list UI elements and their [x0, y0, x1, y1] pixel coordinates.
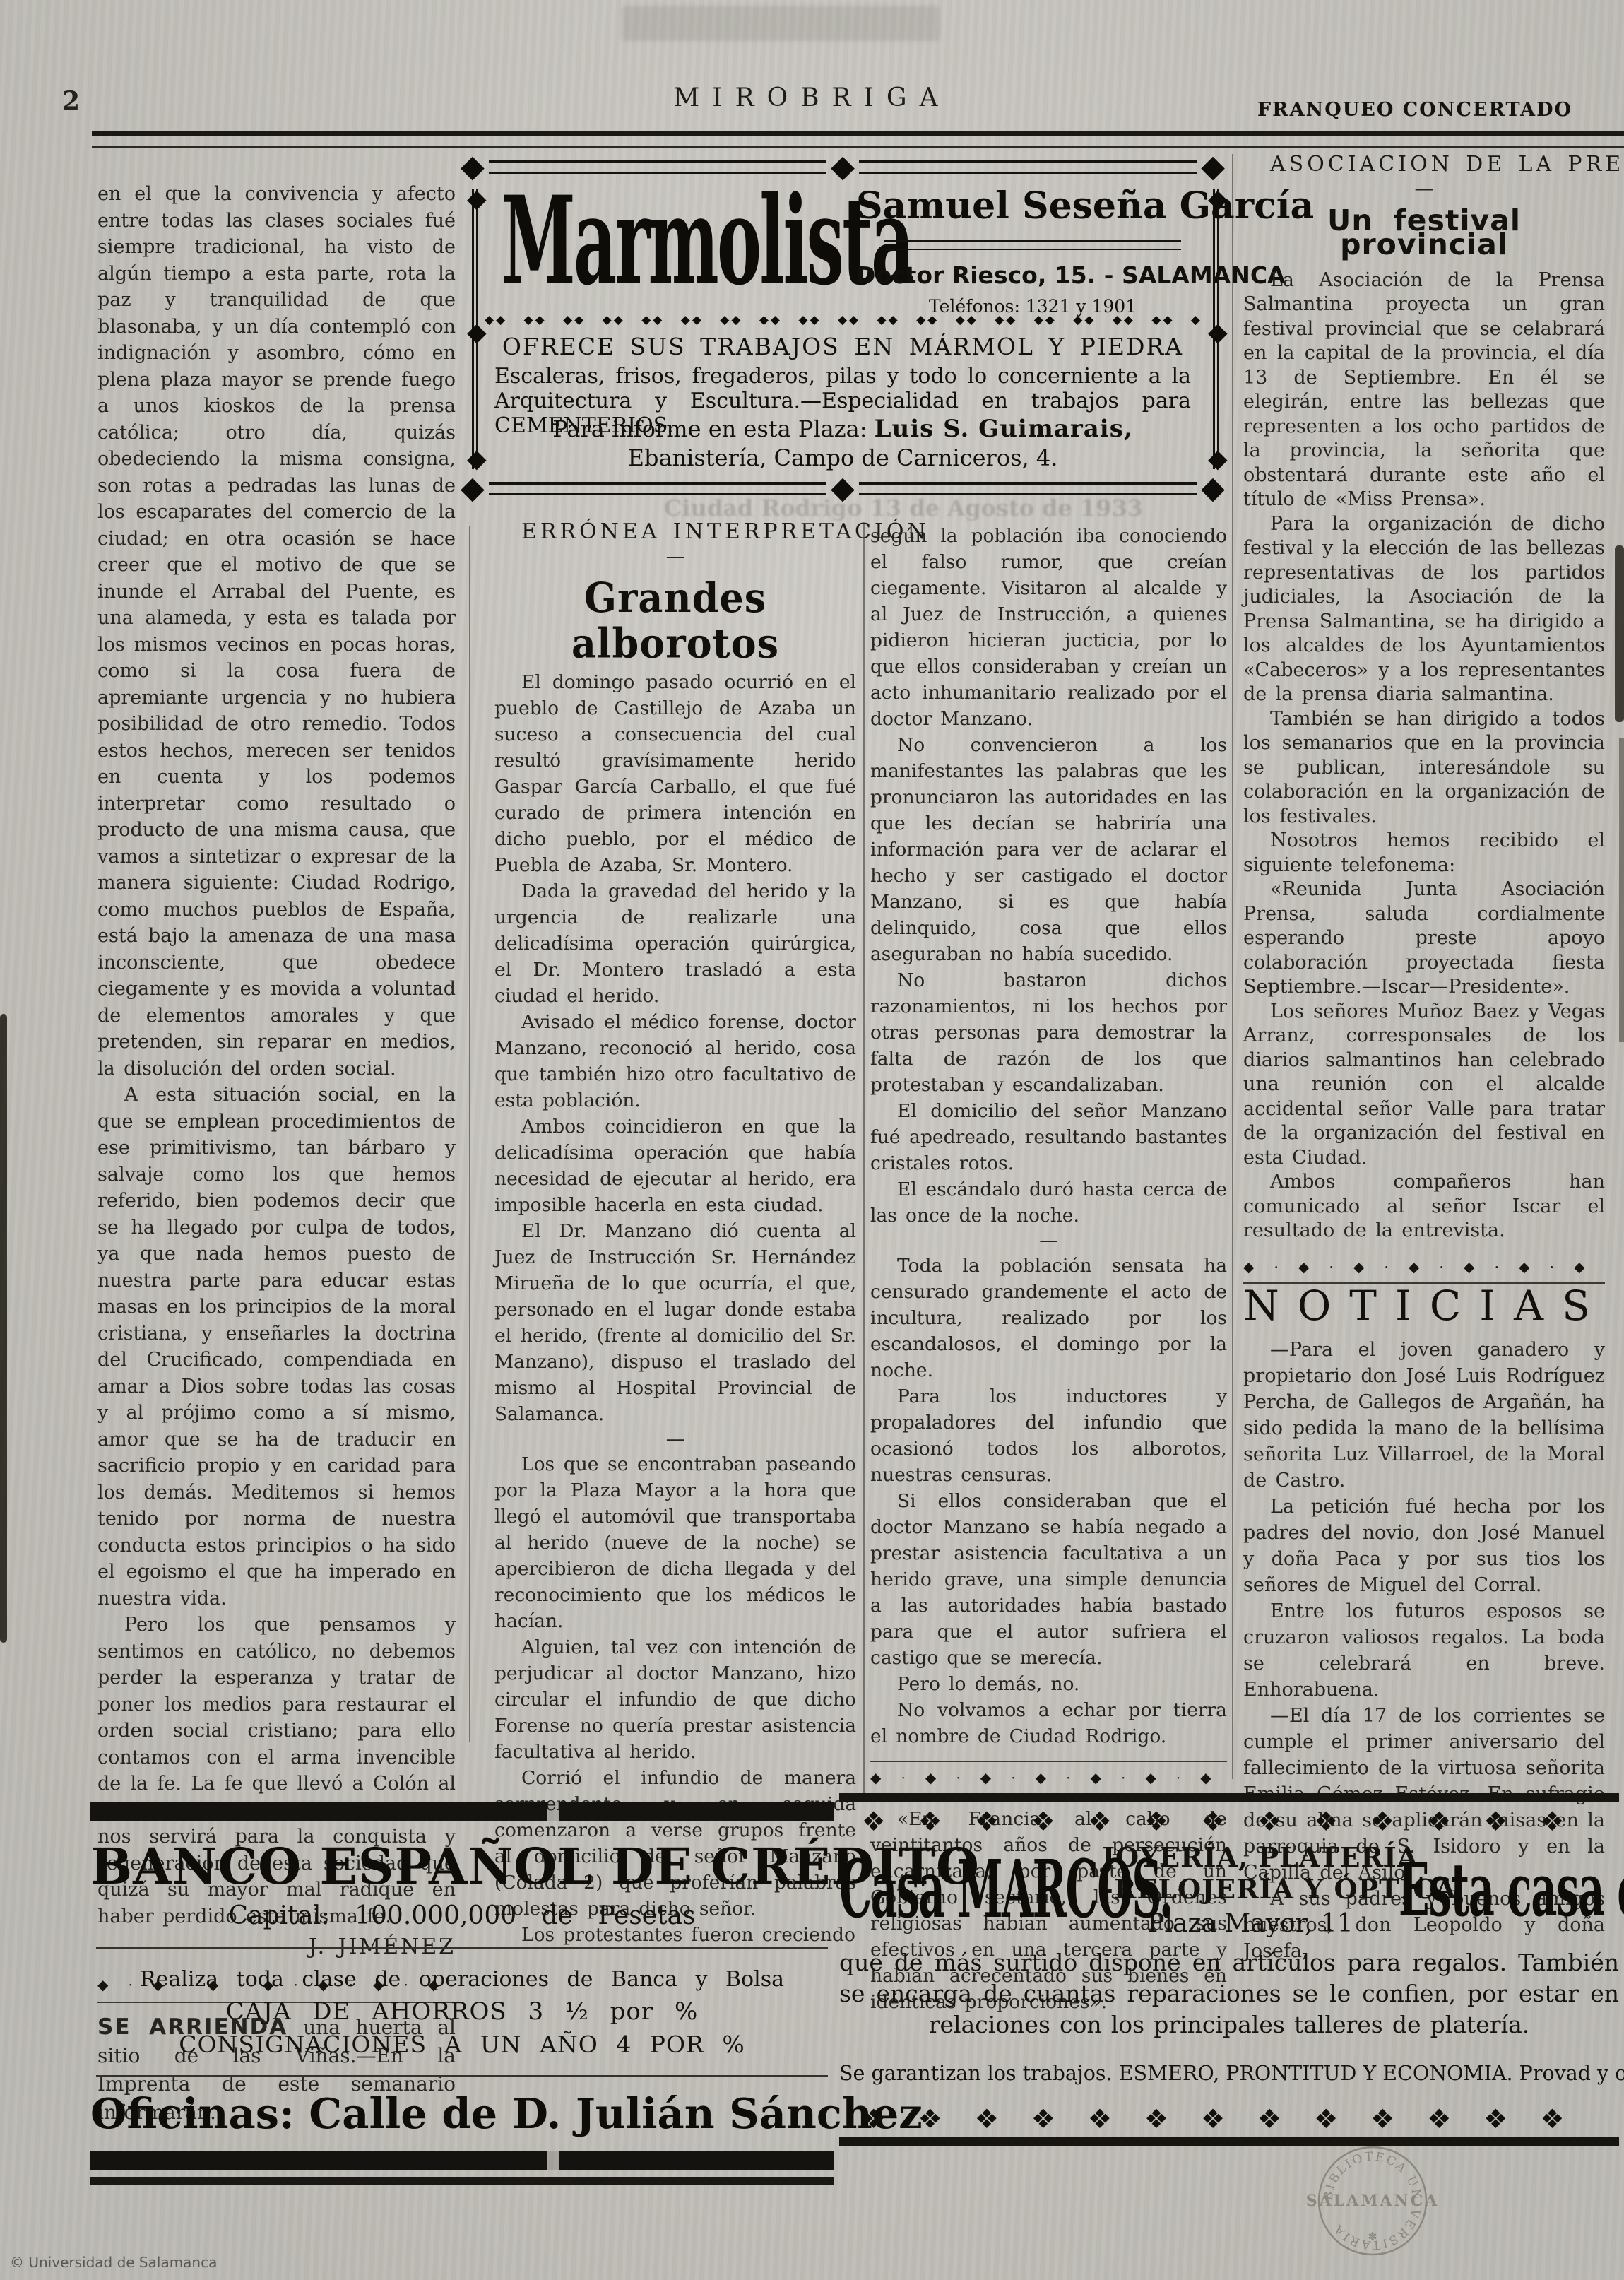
ad-border-bar	[839, 2137, 1619, 2146]
paragraph: en el que la convivencia y afecto entre …	[97, 181, 456, 1082]
bank-offices-line: Oficinas: Calle de D. Julián Sánchez	[90, 2089, 834, 2138]
dash-separator: —	[494, 545, 856, 569]
advertiser-address: Doctor Riesco, 15. - SALAMANCA	[856, 261, 1209, 289]
column-rule	[469, 526, 470, 1742]
article-headline: Grandes alborotos	[494, 574, 856, 666]
paragraph: La petición fué hecha por los padres del…	[1243, 1494, 1605, 1598]
paragraph: La Asociación de la Prensa Salmantina pr…	[1243, 268, 1605, 512]
scan-edge-mark	[1615, 545, 1624, 722]
casa-marcos-ad: ❖❖❖❖❖❖❖❖❖❖❖❖❖ Casa MARCOS. JOYERÍA, PLAT…	[839, 1793, 1619, 2146]
paragraph: A esta situación social, en la que se em…	[97, 1082, 456, 1612]
article-kicker: ASOCIACION DE LA PRENSA	[1243, 153, 1605, 177]
ad-border-right: ◆ ◆ ◆	[1213, 189, 1219, 469]
diamond-icon: ◆	[467, 184, 487, 213]
column-rule	[863, 524, 865, 1796]
ad-main-row: Casa MARCOS. JOYERÍA, PLATERÍA -RELOJERÍ…	[839, 1847, 1619, 1932]
bank-savings-line: CAJA DE AHORROS 3 ½ por %	[90, 1997, 834, 2026]
paragraph: No bastaron dichos razonamientos, ni los…	[870, 967, 1227, 1098]
newspaper-page: 2 MIROBRIGA FRANQUEO CONCERTADO Ciudad R…	[0, 0, 1624, 2280]
paragraph: según la población iba conociendo el fal…	[870, 523, 1227, 732]
paragraph: Pero lo demás, no.	[870, 1671, 1227, 1697]
article-headline: Un festival provincial	[1243, 208, 1605, 257]
ad-info-prefix: Para informe en esta Plaza:	[552, 415, 874, 442]
ad-contact-block: Samuel Seseña García Doctor Riesco, 15. …	[856, 184, 1209, 317]
ad-rule	[884, 240, 1181, 250]
copyright-note: © Universidad de Salamanca	[10, 2254, 217, 2271]
paragraph: Alguien, tal vez con intención de perjud…	[494, 1634, 856, 1765]
banco-ad: BANCO ESPAÑOL DE CRÉDITO Capital: 100.00…	[90, 1802, 834, 2185]
ad-border-bar	[839, 1793, 1619, 1802]
ornament-divider: ◆ · ◆ · ◆ · ◆ · ◆ · ◆ · ◆ · ◆ · ◆ · ◆ · …	[870, 1761, 1227, 1796]
diamond-icon: ◆	[1201, 478, 1225, 499]
ad-border-bar	[90, 2151, 834, 2170]
diamond-icon: ◆	[1208, 444, 1228, 473]
paragraph: Dada la gravedad del herido y la urgenci…	[494, 878, 856, 1009]
showthrough-smudge	[622, 6, 940, 41]
ad-border-bar	[90, 1802, 834, 1821]
ad-border-bottom: ◆ ◆ ◆	[461, 478, 1225, 499]
paragraph: El domingo pasado ocurrió en el pueblo d…	[494, 669, 856, 878]
paragraph: Los señores Muñoz Baez y Vegas Arranz, c…	[1243, 1000, 1605, 1171]
franqueo-label: FRANQUEO CONCERTADO	[1257, 99, 1572, 121]
paragraph: También se han dirigido a todos los sema…	[1243, 707, 1605, 829]
paragraph: Entre los futuros esposos se cruzaron va…	[1243, 1598, 1605, 1703]
bank-name: BANCO ESPAÑOL DE CRÉDITO	[90, 1837, 834, 1896]
noticias-headline: NOTICIAS	[1243, 1294, 1605, 1318]
scan-edge-mark	[1619, 738, 1624, 1042]
article-kicker: ERRÓNEA INTERPRETACIÓN	[494, 519, 856, 545]
article-alborotos-column: ERRÓNEA INTERPRETACIÓN — Grandes alborot…	[494, 519, 856, 1948]
paragraph: —Para el joven ganadero y propietario do…	[1243, 1337, 1605, 1494]
paragraph: El escándalo duró hasta cerca de las onc…	[870, 1176, 1227, 1229]
scan-edge-mark	[0, 1014, 7, 1643]
paragraph: Si ellos consideraban que el doctor Manz…	[870, 1488, 1227, 1671]
article-body: La Asociación de la Prensa Salmantina pr…	[1243, 268, 1605, 1244]
ad-border-bar	[90, 2177, 834, 2185]
ad-border-left: ◆ ◆ ◆	[472, 189, 478, 469]
bank-services-line: Realiza toda clase de operaciones de Ban…	[90, 1967, 834, 1992]
ad-info-name: Luis S. Guimarais,	[875, 415, 1133, 443]
ad-rule	[96, 1947, 828, 1949]
store-name: Casa MARCOS.	[839, 1843, 976, 1936]
ad-offer-line: OFRECE SUS TRABAJOS EN MÁRMOL Y PIEDRA	[461, 333, 1225, 360]
paragraph: No convencieron a los manifestantes las …	[870, 732, 1227, 967]
marmolista-ad: ◆ ◆ ◆ ◆ ◆ ◆ ◆ ◆ ◆ Marmolista Samuel Sese…	[461, 150, 1225, 502]
dash-separator: —	[494, 1427, 856, 1451]
store-claim: Esta casa es la	[1399, 1846, 1566, 1933]
diamond-icon: ◆	[467, 444, 487, 473]
ornament-divider: ◆◆ ◆◆ ◆◆ ◆◆ ◆◆ ◆◆ ◆◆ ◆◆ ◆◆ ◆◆ ◆◆ ◆◆ ◆◆ ◆…	[485, 313, 1201, 327]
diamond-icon: ◆	[1201, 156, 1225, 177]
paragraph: Nosotros hemos recibido el siguiente tel…	[1243, 829, 1605, 878]
bank-deposits-line: CONSIGNACIONES A UN AÑO 4 POR %	[90, 2031, 834, 2058]
ad-guarantee-line: Se garantizan los trabajos. ESMERO, PRON…	[839, 2062, 1619, 2085]
diamond-icon: ◆	[461, 156, 485, 177]
paragraph: Toda la población sensata ha censurado g…	[870, 1253, 1227, 1383]
paragraph: Ambos compañeros han comunicado al señor…	[1243, 1170, 1605, 1244]
diamond-icon: ◆	[831, 478, 855, 499]
ornament-divider: ◆ · ◆ · ◆ · ◆ · ◆ · ◆ · ◆ · ◆ · ◆ · ◆ · …	[1243, 1255, 1605, 1284]
header-rule	[92, 131, 1624, 148]
stamp-center-text: SALAMANCA	[1306, 2192, 1440, 2210]
article-alborotos-continuation-column: según la población iba conociendo el fal…	[870, 523, 1227, 2015]
paragraph: «Reunida Junta Asociación Prensa, saluda…	[1243, 878, 1605, 1000]
article-body: No convencieron a los manifestantes las …	[870, 732, 1227, 1229]
library-stamp: BIBLIOTECA UNIVERSITARIA SALAMANCA ✽	[1295, 2123, 1450, 2279]
paragraph: Para los inductores y propaladores del i…	[870, 1383, 1227, 1488]
paragraph: No volvamos a echar por tierra el nombre…	[870, 1697, 1227, 1749]
press-association-column: ASOCIACION DE LA PRENSA — Un festival pr…	[1243, 153, 1605, 1964]
paragraph: Para la organización de dicho festival y…	[1243, 512, 1605, 707]
ad-info-text: Para informe en esta Plaza: Luis S. Guim…	[494, 415, 1191, 473]
paragraph: El Dr. Manzano dió cuenta al Juez de Ins…	[494, 1218, 856, 1427]
column-rule	[1232, 154, 1233, 1779]
diamond-icon: ◆	[461, 478, 485, 499]
ad-body-text: que de más surtido dispone en artículos …	[839, 1947, 1619, 2040]
dash-separator: —	[1243, 177, 1605, 201]
ad-rule	[96, 2075, 828, 2077]
stamp-flower-icon: ✽	[1368, 2230, 1377, 2243]
article-body: Toda la población sensata ha censurado g…	[870, 1253, 1227, 1749]
bank-capital: Capital: 100.000,000 de Pesetas	[90, 1901, 834, 1930]
ad-info-rest: Ebanistería, Campo de Carniceros, 4.	[628, 444, 1058, 471]
ornament-row: ❖❖❖❖❖❖❖❖❖❖❖❖❖	[839, 1803, 1619, 1840]
paragraph: El domicilio del señor Manzano fué apedr…	[870, 1098, 1227, 1176]
dash-separator: —	[870, 1229, 1227, 1253]
paragraph: Avisado el médico forense, doctor Manzan…	[494, 1009, 856, 1114]
advertiser-name: Samuel Seseña García	[856, 184, 1209, 228]
article-body: El domingo pasado ocurrió en el pueblo d…	[494, 669, 856, 1427]
paragraph: Los que se encontraban paseando por la P…	[494, 1451, 856, 1634]
paragraph: Ambos coincidieron en que la delicadísim…	[494, 1114, 856, 1218]
ornament-row: ❖❖❖❖❖❖❖❖❖❖❖❖❖	[839, 2101, 1619, 2137]
ad-title: Marmolista	[502, 179, 688, 302]
